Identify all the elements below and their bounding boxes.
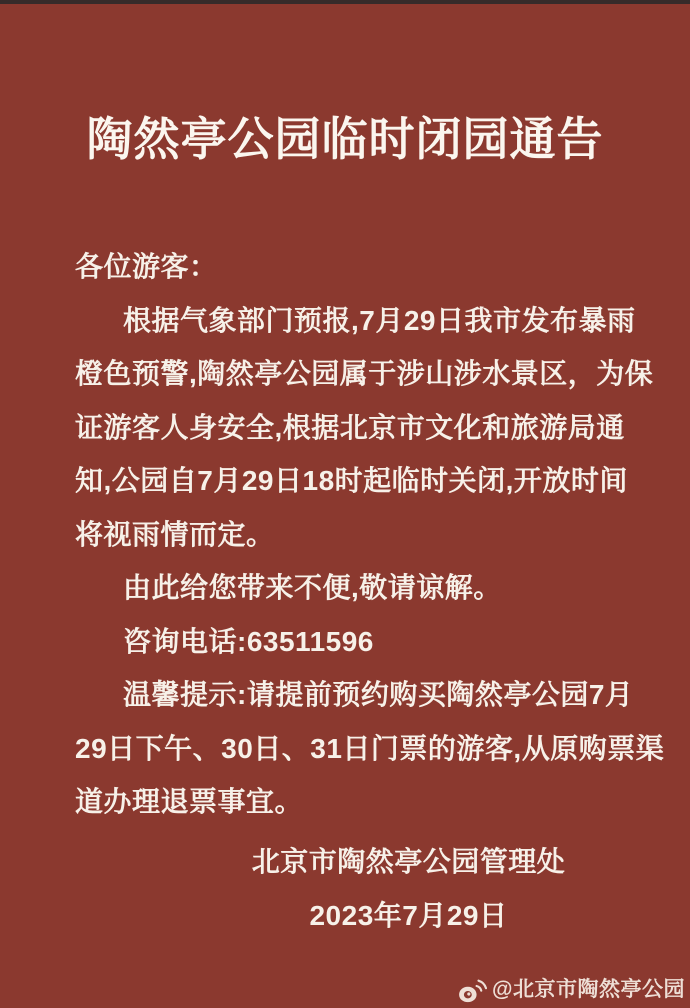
body-line: 咨询电话:63511596: [75, 615, 627, 669]
watermark-text: @北京市陶然亭公园: [492, 976, 685, 1004]
body-line: 证游客人身安全,根据北京市文化和旅游局通: [75, 401, 627, 455]
notice-title: 陶然亭公园临时闭园通告: [0, 111, 690, 169]
body-line: 各位游客：: [75, 240, 627, 294]
body-line: 29日下午、30日、31日门票的游客,从原购票渠: [75, 722, 627, 776]
date-line: 2023年7月29日: [127, 889, 690, 943]
notice-body: 各位游客：根据气象部门预报,7月29日我市发布暴雨橙色预警,陶然亭公园属于涉山涉…: [75, 240, 627, 829]
body-line: 橙色预警,陶然亭公园属于涉山涉水景区，为保: [75, 347, 627, 401]
top-edge-strip: [0, 0, 690, 4]
body-line: 温馨提示:请提前预约购买陶然亭公园7月: [75, 668, 627, 722]
body-line: 知,公园自7月29日18时起临时关闭,开放时间: [75, 454, 627, 508]
body-line: 将视雨情而定。: [75, 508, 627, 562]
closure-notice-poster: 陶然亭公园临时闭园通告 各位游客：根据气象部门预报,7月29日我市发布暴雨橙色预…: [0, 0, 690, 1008]
signature-line: 北京市陶然亭公园管理处: [127, 835, 690, 889]
body-line: 由此给您带来不便,敬请谅解。: [75, 561, 627, 615]
weibo-watermark: @北京市陶然亭公园: [457, 976, 685, 1004]
body-line: 道办理退票事宜。: [75, 775, 627, 829]
weibo-icon: [457, 977, 487, 1004]
signature-block: 北京市陶然亭公园管理处 2023年7月29日: [127, 835, 690, 942]
body-line: 根据气象部门预报,7月29日我市发布暴雨: [75, 294, 627, 348]
